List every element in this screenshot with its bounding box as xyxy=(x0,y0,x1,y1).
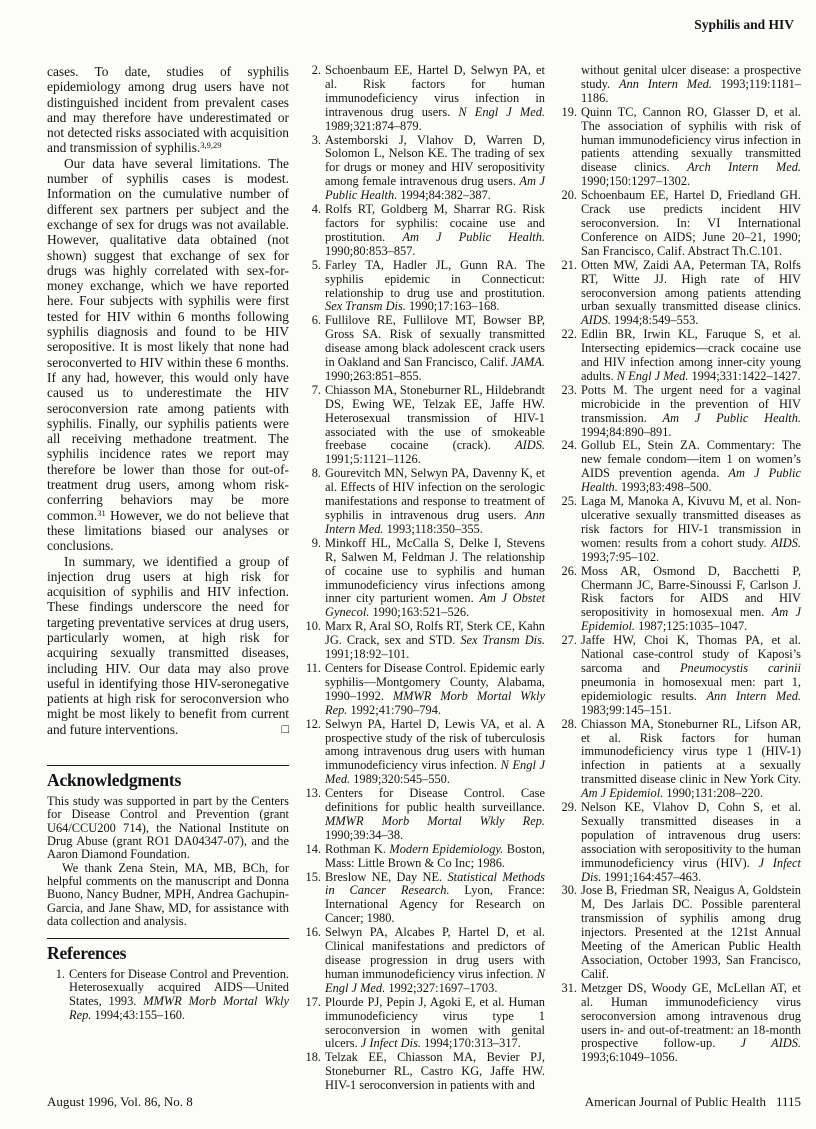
reference-text: without genital ulcer disease: a prospec… xyxy=(581,64,801,106)
references-heading: References xyxy=(47,943,289,964)
italic-text-run: Modern Epidemiology. xyxy=(389,842,503,856)
text-run: Schoenbaum EE, Hartel D, Friedland GH. C… xyxy=(581,188,801,258)
reference-number: 4. xyxy=(303,203,325,259)
text-run: Astemborski J, Vlahov D, Warren D, Solom… xyxy=(325,133,545,189)
reference-text: Gollub EL, Stein ZA. Commentary: The new… xyxy=(581,439,801,495)
reference-item: 9.Minkoff HL, McCalla S, Delke I, Steven… xyxy=(303,537,545,620)
text-run: 1990;131:208–220. xyxy=(663,786,763,800)
reference-number: 2. xyxy=(303,64,325,134)
text-run: Chiasson MA, Stoneburner RL, Hildebrandt… xyxy=(325,383,545,453)
italic-text-run: AIDS. xyxy=(515,438,545,452)
end-of-article-mark: □ xyxy=(264,722,289,737)
italic-text-run: Am J Public Health. xyxy=(402,230,545,244)
reference-item: 18.Telzak EE, Chiasson MA, Bevier PJ, St… xyxy=(303,1051,545,1093)
reference-text: Fullilove RE, Fullilove MT, Bowser BP, G… xyxy=(325,314,545,384)
reference-item: 19.Quinn TC, Cannon RO, Glasser D, et al… xyxy=(559,106,801,189)
text-run: Gourevitch MN, Selwyn PA, Davenny K, et … xyxy=(325,466,545,522)
reference-text: Moss AR, Osmond D, Bacchetti P, Chermann… xyxy=(581,565,801,635)
text-run: 1989;320:545–550. xyxy=(350,772,450,786)
reference-number: 1. xyxy=(47,968,69,1024)
text-run: 1992;327:1697–1703. xyxy=(385,981,497,995)
reference-item: 6.Fullilove RE, Fullilove MT, Bowser BP,… xyxy=(303,314,545,384)
reference-number: 22. xyxy=(559,328,581,384)
section-divider xyxy=(47,938,289,939)
reference-number: 16. xyxy=(303,926,325,996)
reference-number: 8. xyxy=(303,467,325,537)
reference-number: 17. xyxy=(303,996,325,1052)
reference-text: Potts M. The urgent need for a vaginal m… xyxy=(581,384,801,440)
reference-item: 22.Edlin BR, Irwin KL, Faruque S, et al.… xyxy=(559,328,801,384)
text-run: Rothman K. xyxy=(325,842,389,856)
reference-text: Edlin BR, Irwin KL, Faruque S, et al. In… xyxy=(581,328,801,384)
citation-superscript: 3,9,29 xyxy=(200,140,221,150)
italic-text-run: Pneumocystis carinii xyxy=(680,661,801,675)
footer-journal-block: American Journal of Public Health1115 xyxy=(585,1094,801,1110)
reference-item: 13.Centers for Disease Control. Case def… xyxy=(303,787,545,843)
reference-text: Plourde PJ, Pepin J, Agoki E, et al. Hum… xyxy=(325,996,545,1052)
reference-number: 26. xyxy=(559,565,581,635)
reference-text: Farley TA, Hadler JL, Gunn RA. The syphi… xyxy=(325,259,545,315)
reference-text: Quinn TC, Cannon RO, Glasser D, et al. T… xyxy=(581,106,801,189)
reference-text: Jose B, Friedman SR, Neaigus A, Goldstei… xyxy=(581,884,801,981)
reference-item: 25.Laga M, Manoka A, Kivuvu M, et al. No… xyxy=(559,495,801,565)
reference-number: 23. xyxy=(559,384,581,440)
reference-item: 2.Schoenbaum EE, Hartel D, Selwyn PA, et… xyxy=(303,64,545,134)
text-run: Jose B, Friedman SR, Neaigus A, Goldstei… xyxy=(581,883,801,980)
reference-item: 10.Marx R, Aral SO, Rolfs RT, Sterk CE, … xyxy=(303,620,545,662)
reference-text: Centers for Disease Control. Epidemic ea… xyxy=(325,662,545,718)
italic-text-run: MMWR Morb Mortal Wkly Rep. xyxy=(325,814,545,828)
italic-text-run: AIDS. xyxy=(581,313,611,327)
text-run: Laga M, Manoka A, Kivuvu M, et al. Non-u… xyxy=(581,494,801,550)
running-head: Syphilis and HIV xyxy=(694,17,794,33)
reference-number xyxy=(559,64,581,106)
reference-item: 1.Centers for Disease Control and Preven… xyxy=(47,968,289,1024)
text-run: In summary, we identified a group of inj… xyxy=(47,554,289,737)
reference-text: Selwyn PA, Alcabes P, Hartel D, et al. C… xyxy=(325,926,545,996)
reference-text: Gourevitch MN, Selwyn PA, Davenny K, et … xyxy=(325,467,545,537)
reference-text: Chiasson MA, Stoneburner RL, Lifson AR, … xyxy=(581,718,801,801)
text-run: 1993;83:498–500. xyxy=(618,480,712,494)
reference-text: Centers for Disease Control. Case defini… xyxy=(325,787,545,843)
column-right: without genital ulcer disease: a prospec… xyxy=(559,64,801,1093)
italic-text-run: N Engl J Med. xyxy=(617,369,689,383)
reference-item: 3.Astemborski J, Vlahov D, Warren D, Sol… xyxy=(303,134,545,204)
text-run: 1983;99:145–151. xyxy=(581,703,672,717)
reference-number: 30. xyxy=(559,884,581,981)
reference-item: 7.Chiasson MA, Stoneburner RL, Hildebran… xyxy=(303,384,545,467)
reference-text: Laga M, Manoka A, Kivuvu M, et al. Non-u… xyxy=(581,495,801,565)
reference-text: Selwyn PA, Hartel D, Lewis VA, et al. A … xyxy=(325,718,545,788)
reference-item: 12.Selwyn PA, Hartel D, Lewis VA, et al.… xyxy=(303,718,545,788)
text-run: 1990;163:521–526. xyxy=(369,605,469,619)
reference-item: 26.Moss AR, Osmond D, Bacchetti P, Cherm… xyxy=(559,565,801,635)
journal-page: Syphilis and HIV cases. To date, studies… xyxy=(0,0,816,1129)
reference-text: Chiasson MA, Stoneburner RL, Hildebrandt… xyxy=(325,384,545,467)
reference-item: 28.Chiasson MA, Stoneburner RL, Lifson A… xyxy=(559,718,801,801)
reference-number: 15. xyxy=(303,871,325,927)
reference-number: 18. xyxy=(303,1051,325,1093)
column-left: cases. To date, studies of syphilis epid… xyxy=(47,64,289,1093)
acknowledgments-heading: Acknowledgments xyxy=(47,770,289,791)
text-run: Chiasson MA, Stoneburner RL, Lifson AR, … xyxy=(581,717,801,787)
text-run: Centers for Disease Control. Case defini… xyxy=(325,786,545,814)
reference-text: Astemborski J, Vlahov D, Warren D, Solom… xyxy=(325,134,545,204)
reference-item: 14.Rothman K. Modern Epidemiology. Bosto… xyxy=(303,843,545,871)
text-run: 1990;150:1297–1302. xyxy=(581,174,690,188)
footer-page-number: 1115 xyxy=(766,1094,801,1109)
text-run: 1994;331:1422–1427. xyxy=(688,369,800,383)
reference-text: Schoenbaum EE, Hartel D, Friedland GH. C… xyxy=(581,189,801,259)
text-run: 1987;125:1035–1047. xyxy=(635,619,747,633)
reference-item: 5.Farley TA, Hadler JL, Gunn RA. The syp… xyxy=(303,259,545,315)
text-run: 1994;170:313–317. xyxy=(421,1036,521,1050)
text-run: 1991;5:1121–1126. xyxy=(325,452,421,466)
paragraph: cases. To date, studies of syphilis epid… xyxy=(47,64,289,156)
italic-text-run: J Infect Dis. xyxy=(361,1036,421,1050)
reference-number: 9. xyxy=(303,537,325,620)
text-run: 1990;263:851–855. xyxy=(325,369,422,383)
reference-number: 13. xyxy=(303,787,325,843)
reference-number: 25. xyxy=(559,495,581,565)
reference-text: Schoenbaum EE, Hartel D, Selwyn PA, et a… xyxy=(325,64,545,134)
reference-number: 11. xyxy=(303,662,325,718)
text-run: 1990;39:34–38. xyxy=(325,828,403,842)
content-columns: cases. To date, studies of syphilis epid… xyxy=(47,64,803,1093)
section-divider xyxy=(47,765,289,766)
page-footer: August 1996, Vol. 86, No. 8 American Jou… xyxy=(47,1094,801,1110)
italic-text-run: Am J Public Health. xyxy=(663,411,801,425)
text-run: cases. To date, studies of syphilis epid… xyxy=(47,64,289,155)
text-run: Breslow NE, Day NE. xyxy=(325,870,447,884)
acknowledgments-paragraphs: This study was supported in part by the … xyxy=(47,795,289,928)
text-run: 1990;17:163–168. xyxy=(406,299,500,313)
text-run: 1993;7:95–102. xyxy=(581,550,659,564)
text-run: This study was supported in part by the … xyxy=(47,794,289,861)
reference-item: 11.Centers for Disease Control. Epidemic… xyxy=(303,662,545,718)
reference-number: 21. xyxy=(559,259,581,329)
italic-text-run: AIDS. xyxy=(771,536,801,550)
reference-number: 24. xyxy=(559,439,581,495)
italic-text-run: Ann Intern Med. xyxy=(706,689,801,703)
reference-text: Otten MW, Zaidi AA, Peterman TA, Rolfs R… xyxy=(581,259,801,329)
text-run: 1992;41:790–794. xyxy=(347,703,441,717)
reference-number: 7. xyxy=(303,384,325,467)
text-run: Telzak EE, Chiasson MA, Bevier PJ, Stone… xyxy=(325,1050,545,1092)
text-run: 1991;18:92–101. xyxy=(325,647,409,661)
text-run: 1994;84:382–387. xyxy=(397,188,491,202)
reference-item: 15.Breslow NE, Day NE. Statistical Metho… xyxy=(303,871,545,927)
text-run: 1994;8:549–553. xyxy=(611,313,698,327)
italic-text-run: J AIDS. xyxy=(741,1036,801,1050)
italic-text-run: Ann Intern Med. xyxy=(619,77,712,91)
text-run: We thank Zena Stein, MA, MB, BCh, for he… xyxy=(47,861,289,928)
text-run: 1991;164:457–463. xyxy=(601,870,701,884)
citation-superscript: 31 xyxy=(97,508,106,518)
column-middle: 2.Schoenbaum EE, Hartel D, Selwyn PA, et… xyxy=(303,64,545,1093)
reference-item: 4.Rolfs RT, Goldberg M, Sharrar RG. Risk… xyxy=(303,203,545,259)
reference-item: 23.Potts M. The urgent need for a vagina… xyxy=(559,384,801,440)
reference-text: Rothman K. Modern Epidemiology. Boston, … xyxy=(325,843,545,871)
text-run: 1989;321:874–879. xyxy=(325,119,422,133)
reference-text: Minkoff HL, McCalla S, Delke I, Stevens … xyxy=(325,537,545,620)
text-run: Otten MW, Zaidi AA, Peterman TA, Rolfs R… xyxy=(581,258,801,314)
references-list-col2: 2.Schoenbaum EE, Hartel D, Selwyn PA, et… xyxy=(303,64,545,1093)
text-run: 1990;80:853–857. xyxy=(325,244,416,258)
reference-text: Marx R, Aral SO, Rolfs RT, Sterk CE, Kah… xyxy=(325,620,545,662)
footer-issue-info: August 1996, Vol. 86, No. 8 xyxy=(47,1094,193,1110)
reference-text: Centers for Disease Control and Preventi… xyxy=(69,968,289,1024)
paragraph: We thank Zena Stein, MA, MB, BCh, for he… xyxy=(47,862,289,929)
reference-number: 10. xyxy=(303,620,325,662)
italic-text-run: N Engl J Med. xyxy=(458,105,545,119)
references-list-col1: 1.Centers for Disease Control and Preven… xyxy=(47,968,289,1024)
reference-number: 14. xyxy=(303,843,325,871)
reference-number: 28. xyxy=(559,718,581,801)
text-run: Our data have several limitations. The n… xyxy=(47,156,289,523)
reference-number: 6. xyxy=(303,314,325,384)
reference-number: 27. xyxy=(559,634,581,717)
italic-text-run: Sex Transm Dis. xyxy=(460,633,545,647)
paragraph: Our data have several limitations. The n… xyxy=(47,156,289,554)
footer-journal-name: American Journal of Public Health xyxy=(585,1094,766,1109)
reference-text: Breslow NE, Day NE. Statistical Methods … xyxy=(325,871,545,927)
reference-item: 30.Jose B, Friedman SR, Neaigus A, Golds… xyxy=(559,884,801,981)
reference-text: Jaffe HW, Choi K, Thomas PA, et al. Nati… xyxy=(581,634,801,717)
reference-number: 29. xyxy=(559,801,581,884)
paragraph: This study was supported in part by the … xyxy=(47,795,289,862)
reference-number: 19. xyxy=(559,106,581,189)
reference-item: 16.Selwyn PA, Alcabes P, Hartel D, et al… xyxy=(303,926,545,996)
text-run: 1994;84:890–891. xyxy=(581,425,672,439)
paragraph: In summary, we identified a group of inj… xyxy=(47,554,289,738)
reference-number: 3. xyxy=(303,134,325,204)
references-list-col3: without genital ulcer disease: a prospec… xyxy=(559,64,801,1065)
text-run: Moss AR, Osmond D, Bacchetti P, Chermann… xyxy=(581,564,801,620)
reference-item: 24.Gollub EL, Stein ZA. Commentary: The … xyxy=(559,439,801,495)
reference-text: Telzak EE, Chiasson MA, Bevier PJ, Stone… xyxy=(325,1051,545,1093)
reference-text: Rolfs RT, Goldberg M, Sharrar RG. Risk f… xyxy=(325,203,545,259)
reference-text: Nelson KE, Vlahov D, Cohn S, et al. Sexu… xyxy=(581,801,801,884)
reference-item: 8.Gourevitch MN, Selwyn PA, Davenny K, e… xyxy=(303,467,545,537)
reference-item: 27.Jaffe HW, Choi K, Thomas PA, et al. N… xyxy=(559,634,801,717)
text-run: Selwyn PA, Alcabes P, Hartel D, et al. C… xyxy=(325,925,545,981)
italic-text-run: JAMA. xyxy=(511,355,545,369)
reference-number: 31. xyxy=(559,982,581,1065)
reference-number: 12. xyxy=(303,718,325,788)
italic-text-run: Arch Intern Med. xyxy=(687,160,801,174)
reference-item: 20.Schoenbaum EE, Hartel D, Friedland GH… xyxy=(559,189,801,259)
reference-item: 31.Metzger DS, Woody GE, McLellan AT, et… xyxy=(559,982,801,1065)
italic-text-run: Sex Transm Dis. xyxy=(325,299,406,313)
reference-number: 5. xyxy=(303,259,325,315)
italic-text-run: Am J Epidemiol. xyxy=(581,786,663,800)
reference-item: 21.Otten MW, Zaidi AA, Peterman TA, Rolf… xyxy=(559,259,801,329)
reference-text: Metzger DS, Woody GE, McLellan AT, et al… xyxy=(581,982,801,1065)
text-run: Farley TA, Hadler JL, Gunn RA. The syphi… xyxy=(325,258,545,300)
discussion-paragraphs: cases. To date, studies of syphilis epid… xyxy=(47,64,289,737)
text-run: 1994;43:155–160. xyxy=(91,1008,185,1022)
reference-item: 29.Nelson KE, Vlahov D, Cohn S, et al. S… xyxy=(559,801,801,884)
reference-number: 20. xyxy=(559,189,581,259)
text-run: 1993;6:1049–1056. xyxy=(581,1050,678,1064)
reference-item: 17.Plourde PJ, Pepin J, Agoki E, et al. … xyxy=(303,996,545,1052)
reference-continuation: without genital ulcer disease: a prospec… xyxy=(559,64,801,106)
text-run: 1993;118:350–355. xyxy=(384,522,483,536)
